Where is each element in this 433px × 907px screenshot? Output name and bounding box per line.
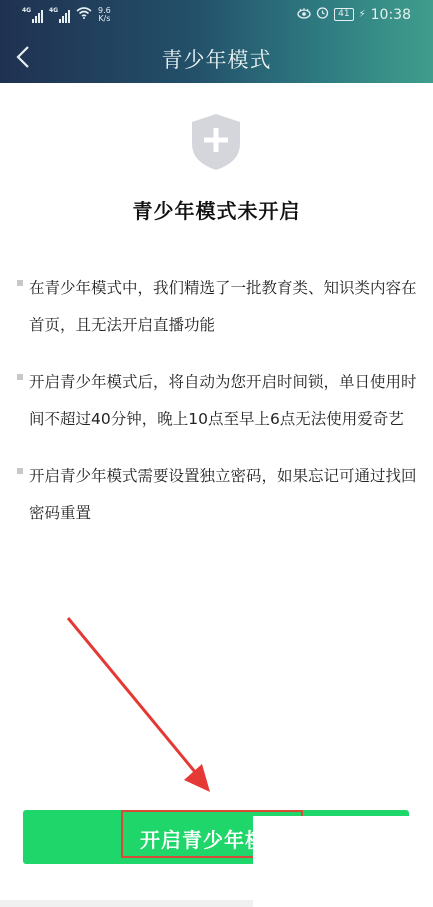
shield-plus-icon bbox=[188, 112, 244, 172]
wifi-icon bbox=[76, 6, 92, 23]
network-speed: 9.6 K/s bbox=[98, 7, 111, 23]
status-right: 41 ⚡ 10:38 bbox=[297, 6, 411, 23]
network-type-label-2: 4G bbox=[49, 7, 58, 14]
list-item: 开启青少年模式需要设置独立密码，如果忘记可通过找回密码重置 bbox=[17, 458, 417, 532]
alarm-icon bbox=[316, 6, 329, 23]
top-bar: 4G 4G 9.6 K/s 41 ⚡ 10:38 bbox=[0, 0, 433, 83]
bottom-divider bbox=[0, 900, 253, 907]
screenshot-crop-cover bbox=[253, 816, 433, 907]
info-list: 在青少年模式中，我们精选了一批教育类、知识类内容在首页，且无法开启直播功能 开启… bbox=[17, 270, 417, 552]
list-item: 在青少年模式中，我们精选了一批教育类、知识类内容在首页，且无法开启直播功能 bbox=[17, 270, 417, 344]
page-title: 青少年模式 bbox=[0, 44, 433, 74]
eye-comfort-icon bbox=[297, 7, 311, 23]
status-bar: 4G 4G 9.6 K/s 41 ⚡ 10:38 bbox=[0, 0, 433, 32]
list-item-text: 开启青少年模式后，将自动为您开启时间锁，单日使用时间不超过40分钟，晚上10点至… bbox=[29, 373, 417, 428]
charging-icon: ⚡ bbox=[359, 9, 366, 20]
bullet-icon bbox=[17, 468, 23, 474]
bullet-icon bbox=[17, 280, 23, 286]
signal-icon-2: 4G bbox=[49, 9, 70, 23]
speed-unit: K/s bbox=[98, 15, 111, 23]
mode-status-heading: 青少年模式未开启 bbox=[0, 195, 433, 224]
list-item: 开启青少年模式后，将自动为您开启时间锁，单日使用时间不超过40分钟，晚上10点至… bbox=[17, 364, 417, 438]
list-item-text: 在青少年模式中，我们精选了一批教育类、知识类内容在首页，且无法开启直播功能 bbox=[29, 279, 417, 334]
nav-bar: 青少年模式 bbox=[0, 32, 433, 83]
clock-time: 10:38 bbox=[371, 7, 411, 23]
annotation-arrow-icon bbox=[60, 610, 220, 800]
list-item-text: 开启青少年模式需要设置独立密码，如果忘记可通过找回密码重置 bbox=[29, 467, 417, 522]
battery-level: 41 bbox=[334, 8, 353, 21]
bullet-icon bbox=[17, 374, 23, 380]
status-left: 4G 4G 9.6 K/s bbox=[22, 6, 111, 23]
signal-icon: 4G bbox=[22, 9, 43, 23]
network-type-label: 4G bbox=[22, 7, 31, 14]
